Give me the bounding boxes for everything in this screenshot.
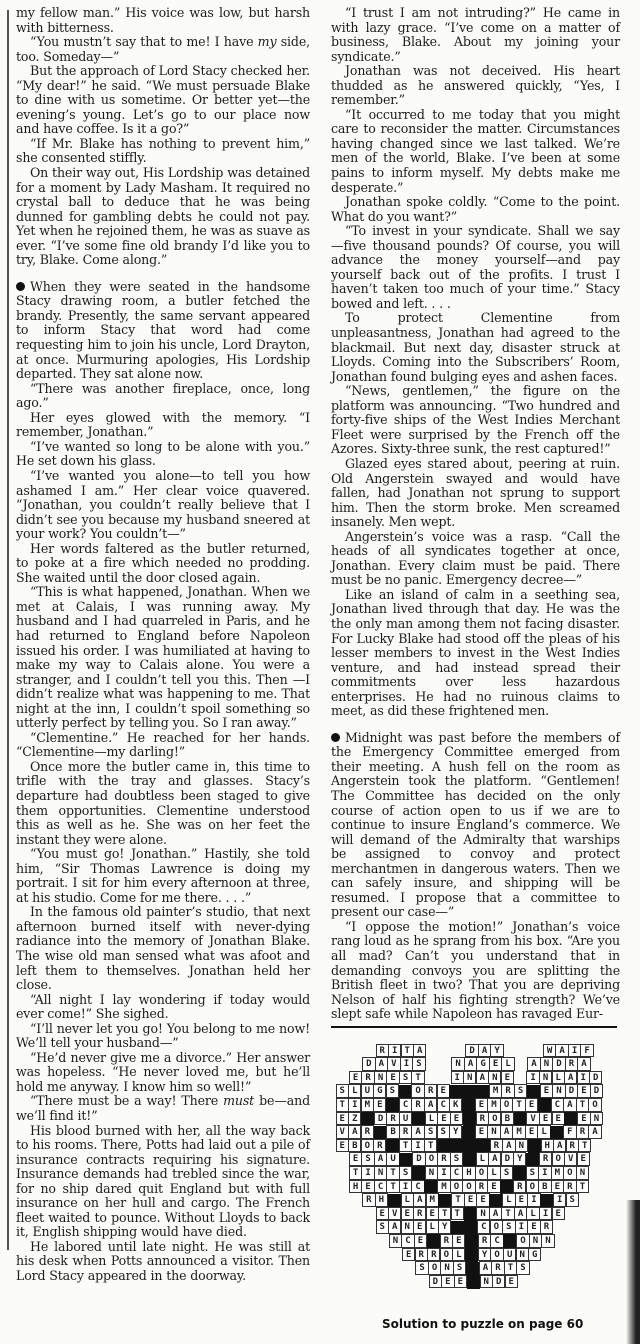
grid-blank <box>579 1221 592 1235</box>
grid-blank <box>349 1248 362 1262</box>
grid-letter-square: K <box>449 1098 462 1112</box>
grid-letter-square: T <box>451 1207 464 1221</box>
paragraph: To protect Clementine from unpleasantnes… <box>331 311 620 384</box>
paragraph: “There was another fireplace, once, long… <box>16 382 310 411</box>
grid-letter-square: S <box>502 1220 515 1234</box>
grid-letter-square: U <box>503 1248 516 1262</box>
grid-black-square <box>374 1126 387 1140</box>
grid-letter-square: S <box>412 1057 425 1071</box>
grid-letter-square: S <box>415 1261 428 1275</box>
grid-black-square <box>464 1207 477 1221</box>
paragraph: “If Mr. Blake has nothing to prevent him… <box>16 137 310 166</box>
paragraph: “You mustn’t say that to me! I have my s… <box>16 35 310 64</box>
grid-blank <box>553 1221 566 1235</box>
grid-letter-square: V <box>526 1112 539 1126</box>
grid-letter-square: S <box>514 1084 527 1098</box>
grid-letter-square: R <box>437 1152 450 1166</box>
grid-letter-square: I <box>526 1071 539 1085</box>
grid-letter-square: M <box>487 1098 500 1112</box>
paragraph: “I’ll never let you go! You belong to me… <box>16 1022 310 1051</box>
paragraph-text: “This is what happened, Jonathan. When w… <box>16 584 310 730</box>
grid-letter-square: E <box>475 1125 488 1139</box>
grid-black-square <box>361 1112 374 1126</box>
grid-letter-square: I <box>411 1139 424 1153</box>
grid-letter-square: R <box>476 1112 489 1126</box>
grid-letter-square: L <box>537 1125 550 1139</box>
grid-letter-square: E <box>402 1248 415 1262</box>
paragraph: His blood burned with her, all the way b… <box>16 1124 310 1240</box>
grid-letter-square: E <box>376 1207 389 1221</box>
grid-letter-square: E <box>413 1220 426 1234</box>
grid-letter-square: E <box>501 1071 514 1085</box>
grid-letter-square: Z <box>348 1112 361 1126</box>
grid-letter-square: C <box>551 1098 564 1112</box>
grid-letter-square: N <box>552 1084 565 1098</box>
grid-letter-square: I <box>538 1166 551 1180</box>
grid-letter-square: Y <box>478 1248 491 1262</box>
grid-blank <box>376 1248 389 1262</box>
grid-letter-square: A <box>489 1207 502 1221</box>
grid-row: RITADAYWAIF <box>336 1044 611 1058</box>
grid-row: HECTICMOOREROBERT <box>336 1180 611 1194</box>
grid-letter-square: U <box>399 1112 412 1126</box>
grid-letter-square: G <box>528 1248 541 1262</box>
grid-letter-square: S <box>566 1193 579 1207</box>
grid-letter-square: I <box>361 1166 374 1180</box>
grid-letter-square: E <box>373 1098 386 1112</box>
grid-blank <box>531 1275 544 1289</box>
paragraph: Her eyes glowed with the memory. “I reme… <box>16 411 310 440</box>
grid-letter-square: E <box>450 1112 463 1126</box>
grid-letter-square: T <box>401 1044 414 1058</box>
grid-black-square <box>513 1166 526 1180</box>
grid-blank <box>594 1248 607 1262</box>
grid-black-square <box>489 1194 502 1208</box>
grid-letter-square: S <box>376 1220 389 1234</box>
grid-blank <box>590 1058 603 1072</box>
paragraph: Once more the butler came in, this time … <box>16 760 310 847</box>
grid-blank <box>543 1262 556 1276</box>
grid-letter-square: A <box>553 1139 566 1153</box>
grid-blank <box>349 1262 362 1276</box>
paragraph: Jonathan was not deceived. His heart thu… <box>331 64 620 108</box>
grid-letter-square: N <box>374 1166 387 1180</box>
grid-letter-square: E <box>414 1234 427 1248</box>
grid-letter-square: S <box>361 1152 374 1166</box>
grid-blank <box>336 1234 349 1248</box>
grid-letter-square: E <box>577 1084 590 1098</box>
paragraph-text: On their way out, His Lordship was detai… <box>16 165 310 267</box>
grid-letter-square: A <box>563 1098 576 1112</box>
paragraph-text: “News, gentlemen,” the figure on the pla… <box>331 383 620 456</box>
grid-letter-square: M <box>437 1180 450 1194</box>
paragraph: “News, gentlemen,” the figure on the pla… <box>331 384 620 457</box>
grid-letter-square: I <box>437 1166 450 1180</box>
grid-blank <box>589 1180 602 1194</box>
grid-letter-square: E <box>489 1057 502 1071</box>
grid-letter-square: I <box>348 1098 361 1112</box>
grid-letter-square: T <box>386 1166 399 1180</box>
grid-letter-square: E <box>539 1112 552 1126</box>
grid-letter-square: O <box>552 1152 565 1166</box>
grid-black-square <box>463 1153 476 1167</box>
grid-letter-square: V <box>564 1152 577 1166</box>
italic-emphasis: must <box>223 1093 254 1108</box>
grid-blank <box>584 1275 597 1289</box>
grid-blank <box>594 1234 607 1248</box>
grid-letter-square: A <box>564 1071 577 1085</box>
grid-blank <box>389 1248 402 1262</box>
grid-letter-square: B <box>501 1112 514 1126</box>
grid-blank <box>581 1248 594 1262</box>
grid-letter-square: E <box>386 1071 399 1085</box>
grid-letter-square: B <box>348 1139 361 1153</box>
column-rule <box>7 10 9 1250</box>
grid-blank <box>349 1275 362 1289</box>
grid-blank <box>591 1139 604 1153</box>
grid-blank <box>571 1275 584 1289</box>
grid-letter-square: N <box>425 1166 438 1180</box>
grid-letter-square: S <box>516 1261 529 1275</box>
paragraph: But the approach of Lord Stacy checked h… <box>16 64 310 137</box>
grid-letter-square: E <box>437 1084 450 1098</box>
section-divider <box>331 1026 617 1028</box>
grid-black-square <box>465 1234 478 1248</box>
grid-row: DEENDE <box>336 1275 611 1289</box>
grid-letter-square: R <box>513 1180 526 1194</box>
grid-letter-square: L <box>487 1166 500 1180</box>
grid-blank <box>389 1262 402 1276</box>
grid-letter-square: N <box>539 1071 552 1085</box>
grid-blank <box>514 1058 527 1072</box>
paragraph-text: Angerstein’s voice was a rasp. “Call the… <box>331 529 620 588</box>
grid-letter-square: A <box>476 1071 489 1085</box>
grid-letter-square: S <box>526 1166 539 1180</box>
grid-letter-square: R <box>475 1180 488 1194</box>
paragraph-text: “There was another fireplace, once, long… <box>16 381 310 411</box>
grid-blank <box>363 1221 376 1235</box>
grid-black-square <box>412 1112 425 1126</box>
paragraph: my fellow man.” His voice was low, but h… <box>16 6 310 35</box>
grid-letter-square: T <box>336 1098 349 1112</box>
grid-black-square <box>464 1221 477 1235</box>
grid-letter-square: D <box>374 1112 387 1126</box>
grid-row: EVERETTNATALIE <box>336 1207 611 1221</box>
grid-letter-square: S <box>399 1071 412 1085</box>
grid-letter-square: D <box>429 1275 442 1289</box>
grid-letter-square: A <box>375 1057 388 1071</box>
grid-letter-square: M <box>361 1098 374 1112</box>
grid-black-square <box>463 1112 476 1126</box>
grid-letter-square: E <box>464 1193 477 1207</box>
grid-blank <box>363 1044 376 1058</box>
grid-letter-square: T <box>399 1139 412 1153</box>
grid-letter-square: R <box>411 1098 424 1112</box>
grid-letter-square: O <box>475 1166 488 1180</box>
grid-black-square <box>449 1085 462 1099</box>
grid-blank <box>425 1058 438 1072</box>
grid-letter-square: I <box>568 1044 581 1058</box>
paragraph-text: “To invest in your syndicate. Shall we s… <box>331 223 620 311</box>
grid-blank <box>591 1207 604 1221</box>
paragraph: “This is what happened, Jonathan. When w… <box>16 585 310 730</box>
grid-letter-square: H <box>541 1139 554 1153</box>
paragraph-text: Jonathan was not deceived. His heart thu… <box>331 63 620 107</box>
grid-letter-square: O <box>440 1248 453 1262</box>
grid-letter-square: S <box>437 1125 450 1139</box>
grid-blank <box>439 1044 452 1058</box>
grid-blank <box>336 1194 349 1208</box>
grid-blank <box>593 1044 606 1058</box>
grid-row: EBORTITRANHART <box>336 1139 611 1153</box>
grid-letter-square: A <box>348 1125 361 1139</box>
grid-letter-square: E <box>426 1207 439 1221</box>
grid-black-square <box>438 1194 451 1208</box>
grid-letter-square: G <box>476 1057 489 1071</box>
grid-letter-square: R <box>361 1125 374 1139</box>
paragraph-text: Once more the butler came in, this time … <box>16 759 310 847</box>
grid-black-square <box>412 1166 425 1180</box>
grid-letter-square: I <box>451 1071 464 1085</box>
grid-black-square <box>477 1139 490 1153</box>
grid-blank <box>336 1221 349 1235</box>
grid-letter-square: L <box>552 1071 565 1085</box>
grid-blank <box>389 1275 402 1289</box>
grid-letter-square: E <box>577 1152 590 1166</box>
grid-letter-square: L <box>452 1248 465 1262</box>
grid-black-square <box>462 1098 475 1112</box>
grid-blank <box>402 1275 415 1289</box>
grid-letter-square: V <box>336 1125 349 1139</box>
grid-row: TIMECRACKEMOTECATO <box>336 1098 611 1112</box>
grid-black-square <box>463 1085 476 1099</box>
grid-letter-square: M <box>551 1166 564 1180</box>
paragraph-text: Midnight was past before the members of … <box>331 730 620 920</box>
grid-black-square <box>451 1221 464 1235</box>
paragraph: “All night I lay wondering if today woul… <box>16 993 310 1022</box>
grid-letter-square: E <box>525 1125 538 1139</box>
grid-row: VARBRASSYENAMELFRA <box>336 1126 611 1140</box>
grid-letter-square: D <box>589 1071 602 1085</box>
grid-letter-square: S <box>399 1166 412 1180</box>
grid-letter-square: N <box>516 1248 529 1262</box>
section-bullet-icon <box>16 282 25 291</box>
grid-letter-square: T <box>512 1098 525 1112</box>
grid-row: DAVISNAGELANDRA <box>336 1058 611 1072</box>
grid-blank <box>416 1275 429 1289</box>
grid-letter-square: E <box>552 1112 565 1126</box>
grid-letter-square: O <box>563 1166 576 1180</box>
grid-blank <box>596 1262 609 1276</box>
grid-letter-square: E <box>349 1071 362 1085</box>
grid-letter-square: O <box>490 1220 503 1234</box>
grid-blank <box>349 1221 362 1235</box>
grid-letter-square: N <box>529 1234 542 1248</box>
grid-blank <box>530 1044 543 1058</box>
grid-blank <box>376 1262 389 1276</box>
grid-letter-square: T <box>386 1180 399 1194</box>
grid-letter-square: L <box>426 1220 439 1234</box>
grid-letter-square: D <box>465 1044 478 1058</box>
grid-letter-square: U <box>361 1084 374 1098</box>
grid-blank <box>426 1044 439 1058</box>
grid-black-square <box>437 1139 450 1153</box>
grid-letter-square: E <box>452 1234 465 1248</box>
grid-letter-square: A <box>502 1139 515 1153</box>
paragraph: In the famous old painter’s studio, that… <box>16 905 310 992</box>
grid-letter-square: L <box>526 1207 539 1221</box>
grid-letter-square: E <box>336 1112 349 1126</box>
grid-letter-square: O <box>488 1112 501 1126</box>
grid-black-square <box>528 1139 541 1153</box>
grid-black-square <box>500 1180 513 1194</box>
grid-letter-square: A <box>374 1152 387 1166</box>
grid-letter-square: C <box>450 1166 463 1180</box>
paragraph: He labored until late night. He was stil… <box>16 1240 310 1284</box>
grid-letter-square: T <box>578 1139 591 1153</box>
grid-letter-square: E <box>577 1112 590 1126</box>
grid-row: TINTSNICHOLSSIMON <box>336 1166 611 1180</box>
grid-letter-square: E <box>552 1207 565 1221</box>
paragraph-text: “I’ll never let you go! You belong to me… <box>16 1021 310 1051</box>
grid-black-square <box>388 1194 401 1208</box>
paragraph-text: “I oppose the motion!” Jonathan’s voice … <box>331 919 620 1021</box>
grid-blank <box>517 1044 530 1058</box>
grid-letter-square: D <box>590 1084 603 1098</box>
grid-letter-square: C <box>490 1234 503 1248</box>
grid-letter-square: S <box>450 1152 463 1166</box>
grid-black-square <box>462 1126 475 1140</box>
grid-letter-square: M <box>426 1193 439 1207</box>
grid-black-square <box>550 1126 563 1140</box>
grid-letter-square: D <box>362 1057 375 1071</box>
paragraph: Jonathan spoke coldly. “Come to the poin… <box>331 195 620 224</box>
grid-letter-square: E <box>476 1193 489 1207</box>
grid-letter-square: R <box>424 1084 437 1098</box>
grid-blank <box>336 1248 349 1262</box>
grid-letter-square: A <box>555 1044 568 1058</box>
paragraph: Angerstein’s voice was a rasp. “Call the… <box>331 530 620 588</box>
paragraph-text: Like an island of calm in a seething sea… <box>331 587 620 718</box>
grid-row: RHLAMTEELEIIS <box>336 1194 611 1208</box>
grid-letter-square: N <box>590 1112 603 1126</box>
paragraph: “You must go! Jonathan.” Hastily, she to… <box>16 847 310 905</box>
grid-blank <box>402 1262 415 1276</box>
grid-letter-square: O <box>450 1180 463 1194</box>
grid-letter-square: L <box>476 1152 489 1166</box>
grid-letter-square: E <box>361 1180 374 1194</box>
grid-blank <box>582 1262 595 1276</box>
grid-blank <box>349 1194 362 1208</box>
grid-letter-square: I <box>388 1044 401 1058</box>
grid-letter-square: A <box>411 1125 424 1139</box>
grid-blank <box>564 1207 577 1221</box>
grid-row: ERNESTINANEINLAID <box>336 1071 611 1085</box>
grid-letter-square: A <box>388 1220 401 1234</box>
grid-letter-square: S <box>424 1125 437 1139</box>
grid-black-square <box>467 1275 480 1289</box>
grid-blank <box>336 1180 349 1194</box>
grid-letter-square: I <box>400 1057 413 1071</box>
grid-letter-square: O <box>411 1084 424 1098</box>
grid-blank <box>336 1071 349 1085</box>
grid-black-square <box>538 1098 551 1112</box>
grid-letter-square: A <box>577 1057 590 1071</box>
grid-blank <box>424 1071 437 1085</box>
grid-row: ESAUDORSLADYROVE <box>336 1153 611 1167</box>
grid-blank <box>363 1207 376 1221</box>
grid-letter-square: R <box>576 1125 589 1139</box>
grid-letter-square: E <box>515 1193 528 1207</box>
grid-black-square <box>540 1194 553 1208</box>
grid-black-square <box>386 1098 399 1112</box>
grid-black-square <box>465 1248 478 1262</box>
grid-blank <box>349 1234 362 1248</box>
grid-letter-square: T <box>451 1193 464 1207</box>
grid-blank <box>554 1234 567 1248</box>
grid-letter-square: I <box>399 1180 412 1194</box>
grid-letter-square: A <box>413 1044 426 1058</box>
grid-letter-square: D <box>501 1152 514 1166</box>
grid-letter-square: O <box>500 1098 513 1112</box>
grid-letter-square: R <box>563 1180 576 1194</box>
paragraph-text: Jonathan spoke coldly. “Come to the poin… <box>331 194 620 224</box>
paragraph-text: He labored until late night. He was stil… <box>16 1239 310 1283</box>
grid-letter-square: L <box>501 1057 514 1071</box>
grid-letter-square: F <box>580 1044 593 1058</box>
grid-letter-square: T <box>501 1207 514 1221</box>
grid-letter-square: E <box>527 1220 540 1234</box>
grid-blank <box>578 1194 591 1208</box>
grid-black-square <box>399 1153 412 1167</box>
paragraph-text: “There must be a way! There <box>30 1093 223 1108</box>
paragraph-text: “You must go! Jonathan.” Hastily, she to… <box>16 846 310 905</box>
grid-blank <box>544 1275 557 1289</box>
grid-letter-square: D <box>492 1275 505 1289</box>
grid-blank <box>376 1275 389 1289</box>
grid-letter-square: E <box>441 1275 454 1289</box>
right-column: “I trust I am not intruding?” He came in… <box>331 6 620 1022</box>
grid-letter-square: R <box>440 1234 453 1248</box>
grid-letter-square: R <box>566 1139 579 1153</box>
grid-blank <box>349 1058 362 1072</box>
grid-letter-square: R <box>415 1248 428 1262</box>
grid-letter-square: R <box>386 1112 399 1126</box>
grid-row: EZDRULEEROBVEEEN <box>336 1112 611 1126</box>
paragraph: “There must be a way! There must be—and … <box>16 1094 310 1123</box>
grid-letter-square: H <box>349 1180 362 1194</box>
grid-row: SANELYCOSIER <box>336 1221 611 1235</box>
paragraph-text: “He’d never give me a divorce.” Her answ… <box>16 1050 310 1094</box>
grid-black-square <box>466 1262 479 1276</box>
grid-blank <box>336 1262 349 1276</box>
grid-letter-square: N <box>374 1071 387 1085</box>
grid-letter-square: W <box>543 1044 556 1058</box>
grid-black-square <box>464 1139 477 1153</box>
grid-blank <box>336 1058 349 1072</box>
grid-letter-square: O <box>462 1180 475 1194</box>
grid-letter-square: R <box>427 1248 440 1262</box>
grid-letter-square: Y <box>438 1220 451 1234</box>
grid-letter-square: O <box>588 1098 601 1112</box>
grid-letter-square: R <box>491 1261 504 1275</box>
grid-letter-square: N <box>488 1071 501 1085</box>
grid-letter-square: T <box>576 1098 589 1112</box>
grid-letter-square: N <box>451 1057 464 1071</box>
grid-blank <box>592 1194 605 1208</box>
grid-letter-square: C <box>401 1234 414 1248</box>
grid-letter-square: O <box>425 1152 438 1166</box>
